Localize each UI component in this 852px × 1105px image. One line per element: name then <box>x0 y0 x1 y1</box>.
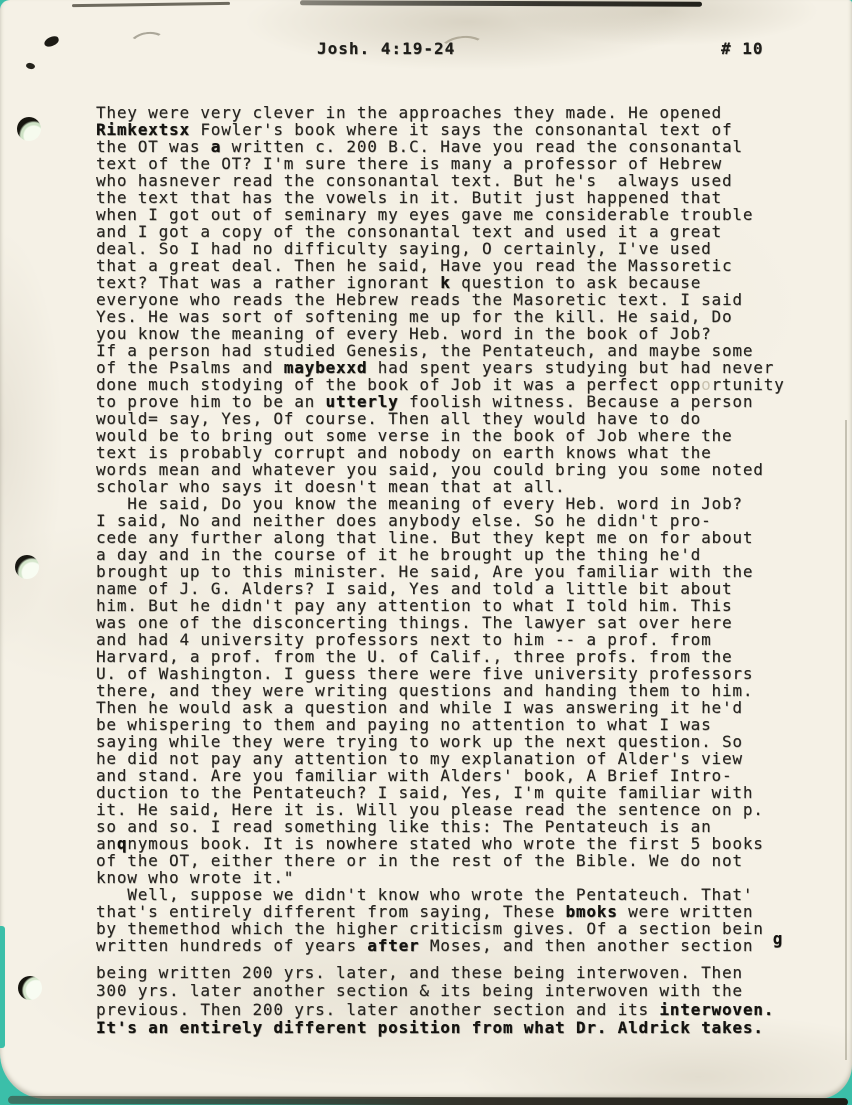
text-line: Yes. He was sort of softening me up for … <box>96 308 796 325</box>
text-line: and had 4 university professors next to … <box>96 631 796 648</box>
text-line: there, and they were writing questions a… <box>96 682 796 699</box>
text-line: and stand. Are you familiar with Alders'… <box>96 767 796 784</box>
text-line: Well, suppose we didn't know who wrote t… <box>96 886 796 903</box>
text-line: know who wrote it." <box>96 869 796 886</box>
scan-edge-mark <box>72 2 230 7</box>
scan-edge-mark <box>300 0 702 6</box>
text-line: by themethod which the higher criticism … <box>96 920 796 937</box>
text-line: text is probably corrupt and nobody on e… <box>96 444 796 461</box>
scan-background-sliver <box>0 926 5 1048</box>
text-line: text of the OT? I'm sure there is many a… <box>96 155 796 172</box>
page-number: # 10 <box>721 39 764 58</box>
text-line: They were very clever in the approaches … <box>96 104 796 121</box>
text-line: that a great deal. Then he said, Have yo… <box>96 257 796 274</box>
text-line: so and so. I read something like this: T… <box>96 818 796 835</box>
text-line: of the Psalms and maybexxd had spent yea… <box>96 359 796 376</box>
text-line: written hundreds of years after Moses, a… <box>96 937 796 954</box>
text-line: name of J. G. Alders? I said, Yes and to… <box>96 580 796 597</box>
text-line: being written 200 yrs. later, and these … <box>96 964 796 982</box>
paper-edge-line <box>845 420 847 1060</box>
text-line: you know the meaning of every Heb. word … <box>96 325 796 342</box>
text-line: was one of the disconcerting things. The… <box>96 614 796 631</box>
page-title: Josh. 4:19-24 <box>317 39 455 58</box>
text-line: who hasnever read the consonantal text. … <box>96 172 796 189</box>
scanned-page: Josh. 4:19-24 # 10 They were very clever… <box>0 0 852 1099</box>
punch-hole <box>18 976 42 1000</box>
punch-hole <box>15 555 39 579</box>
text-line: that's entirely different from saying, T… <box>96 903 796 920</box>
ink-smudge <box>43 35 60 48</box>
text-line: it. He said, Here it is. Will you please… <box>96 801 796 818</box>
text-line: Rimkextsx Fowler's book where it says th… <box>96 121 796 138</box>
text-line: text? That was a rather ignorant k quest… <box>96 274 796 291</box>
text-line: a day and in the course of it he brought… <box>96 546 796 563</box>
text-line: done much stodying of the book of Job it… <box>96 376 796 393</box>
text-line: scholar who says it doesn't mean that at… <box>96 478 796 495</box>
text-line: deal. So I had no difficulty saying, O c… <box>96 240 796 257</box>
text-line: Then he would ask a question and while I… <box>96 699 796 716</box>
text-line: be whispering to them and paying no atte… <box>96 716 796 733</box>
text-line: of the OT, either there or in the rest o… <box>96 852 796 869</box>
text-line: words mean and whatever you said, you co… <box>96 461 796 478</box>
pencil-mark <box>126 29 169 61</box>
document-body: They were very clever in the approaches … <box>96 104 796 1038</box>
text-line: 300 yrs. later another section & its bei… <box>96 982 796 1000</box>
text-line: him. But he didn't pay any attention to … <box>96 597 796 614</box>
page-bottom-shadow <box>8 1096 848 1105</box>
text-line: everyone who reads the Hebrew reads the … <box>96 291 796 308</box>
text-line: when I got out of seminary my eyes gave … <box>96 206 796 223</box>
paragraph: He said, Do you know the meaning of ever… <box>96 495 796 886</box>
text-line: previous. Then 200 yrs. later another se… <box>96 1001 796 1019</box>
text-line: It's an entirely different position from… <box>96 1019 796 1037</box>
text-line: would= say, Yes, Of course. Then all the… <box>96 410 796 427</box>
paragraph: being written 200 yrs. later, and these … <box>96 964 796 1038</box>
text-line: cede any further along that line. But th… <box>96 529 796 546</box>
text-line: would be to bring out some verse in the … <box>96 427 796 444</box>
text-line: and I got a copy of the consonantal text… <box>96 223 796 240</box>
text-line: to prove him to be an utterly foolish wi… <box>96 393 796 410</box>
text-line: U. of Washington. I guess there were fiv… <box>96 665 796 682</box>
text-line: the text that has the vowels in it. Buti… <box>96 189 796 206</box>
text-line: He said, Do you know the meaning of ever… <box>96 495 796 512</box>
text-line: brought up to this minister. He said, Ar… <box>96 563 796 580</box>
text-line: I said, No and neither does anybody else… <box>96 512 796 529</box>
text-line: Harvard, a prof. from the U. of Calif., … <box>96 648 796 665</box>
text-line: duction to the Pentateuch? I said, Yes, … <box>96 784 796 801</box>
text-line: the OT was a written c. 200 B.C. Have yo… <box>96 138 796 155</box>
paragraph: Well, suppose we didn't know who wrote t… <box>96 886 796 954</box>
text-line: If a person had studied Genesis, the Pen… <box>96 342 796 359</box>
punch-hole <box>17 117 41 141</box>
ink-smudge <box>25 62 35 70</box>
text-line: he did not pay any attention to my expla… <box>96 750 796 767</box>
paragraph: They were very clever in the approaches … <box>96 104 796 495</box>
text-line: saying while they were trying to work up… <box>96 733 796 750</box>
text-line: anqnymous book. It is nowhere stated who… <box>96 835 796 852</box>
